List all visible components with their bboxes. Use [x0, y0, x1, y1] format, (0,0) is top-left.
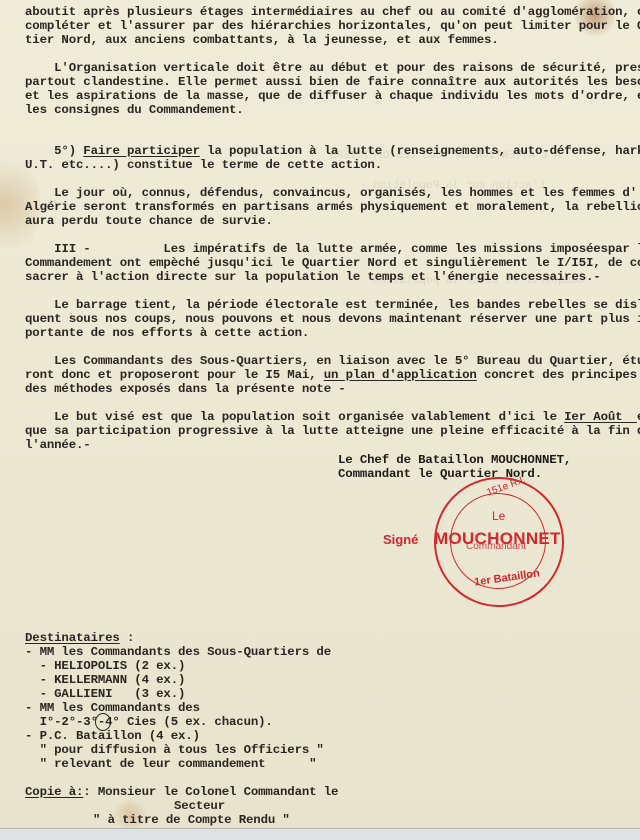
- recipient-item: - GALLIENI (3 ex.): [25, 687, 185, 701]
- text-line: aboutit après plusieurs étages intermédi…: [25, 5, 640, 19]
- point-number: 5°): [25, 144, 83, 158]
- text-line: U.T. etc....) constitue le terme de cett…: [25, 158, 382, 172]
- section-heading-line: III - Les impératifs de la lutte armée, …: [25, 242, 640, 256]
- point-5-line: 5°) Faire participer la population à la …: [25, 144, 640, 158]
- recipient-item: " relevant de leur commandement ": [25, 757, 316, 771]
- recipients-heading: Destinataires :: [25, 631, 134, 645]
- text-line: quent sous nos coups, nous pouvons et no…: [25, 312, 640, 326]
- text-span: concret des principes et: [477, 368, 640, 382]
- signed-label: Signé: [383, 532, 418, 547]
- text-line: Les Commandants des Sous-Quartiers, en l…: [25, 354, 640, 368]
- underlined-date: Ier Août: [564, 410, 637, 424]
- recipient-item: - KELLERMANN (4 ex.): [25, 673, 185, 687]
- text-span: Le but visé est que la population soit o…: [25, 410, 564, 424]
- recipient-item: - HELIOPOLIS (2 ex.): [25, 659, 185, 673]
- text-span: :: [120, 631, 135, 645]
- text-line: des méthodes exposés dans la présente no…: [25, 382, 346, 396]
- text-line: les consignes du Commandement.: [25, 103, 244, 117]
- text-line: Le barrage tient, la période électorale …: [25, 298, 640, 312]
- text-line: ront donc et proposeront pour le I5 Mai,…: [25, 368, 640, 382]
- text-span: la population à la lutte (renseignements…: [200, 144, 640, 158]
- recipient-item: - P.C. Bataillon (4 ex.): [25, 729, 200, 743]
- text-line: compléter et l'assurer par des hiérarchi…: [25, 19, 640, 33]
- recipient-item: - MM les Commandants des Sous-Quartiers …: [25, 645, 331, 659]
- document-page: A L'ATTENTION de TOUS LES OFFICIERS L'ac…: [0, 0, 640, 828]
- recipients-heading-label: Destinataires: [25, 631, 120, 645]
- text-line: portante de nos efforts à cette action.: [25, 326, 309, 340]
- signature-line-1: Le Chef de Bataillon MOUCHONNET,: [338, 453, 571, 467]
- stamp-center-top: Le: [492, 509, 505, 523]
- stamp-signature-name: MOUCHONNET: [434, 529, 561, 549]
- recipient-item: I°-2°-3°-4° Cies (5 ex. chacun).: [25, 715, 273, 729]
- handwritten-circle-mark: [95, 713, 111, 731]
- scan-bottom-edge: [0, 828, 640, 840]
- text-line: sacrer à l'action directe sur la populat…: [25, 270, 601, 284]
- text-span: ront donc et proposeront pour le I5 Mai,: [25, 368, 324, 382]
- text-line: partout clandestine. Elle permet aussi b…: [25, 75, 640, 89]
- text-line: aura perdu toute chance de survie.: [25, 214, 273, 228]
- text-line: Secteur: [174, 799, 225, 813]
- text-line: Le jour où, connus, défendus, convaincus…: [25, 186, 637, 200]
- recipient-item: - MM les Commandants des: [25, 701, 200, 715]
- copy-to-line: Copie à:: Monsieur le Colonel Commandant…: [25, 785, 338, 799]
- text-line: tier Nord, aux anciens combattants, à la…: [25, 33, 499, 47]
- text-line: Algérie seront transformés en partisans …: [25, 200, 640, 214]
- copy-to-label: Copie à:: [25, 785, 83, 799]
- text-line: que sa participation progressive à la lu…: [25, 424, 640, 438]
- underlined-phrase: un plan d'application: [324, 368, 477, 382]
- text-line: Le but visé est que la population soit o…: [25, 410, 640, 424]
- text-line: l'année.-: [25, 438, 91, 452]
- text-line: et les aspirations de la masse, que de d…: [25, 89, 640, 103]
- text-span: : Monsieur le Colonel Commandant le: [83, 785, 338, 799]
- recipient-item: " pour diffusion à tous les Officiers ": [25, 743, 324, 757]
- underlined-phrase: Faire participer: [83, 144, 200, 158]
- text-line: L'Organisation verticale doit être au dé…: [25, 61, 640, 75]
- text-line: " à titre de Compte Rendu ": [93, 813, 290, 827]
- text-line: Commandement ont empèché jusqu'ici le Qu…: [25, 256, 640, 270]
